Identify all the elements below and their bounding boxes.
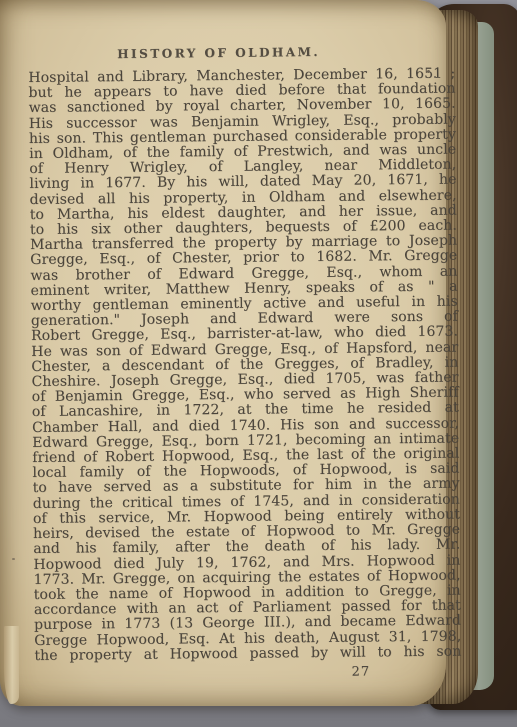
photo-background: HISTORY OF OLDHAM. Hospital and Library,…: [0, 0, 517, 727]
text-line: the property at Hopwood passed by will t…: [34, 644, 461, 664]
body-text: Hospital and Library, Manchester, Decemb…: [28, 67, 461, 664]
paper-speck: [434, 76, 436, 78]
paper-speck: [427, 70, 430, 73]
book-page: HISTORY OF OLDHAM. Hospital and Library,…: [0, 0, 446, 706]
paper-speck: [12, 558, 15, 560]
page-number: 27: [352, 664, 371, 679]
page-corner-curl: [4, 626, 19, 704]
page-text-block: HISTORY OF OLDHAM. Hospital and Library,…: [28, 40, 461, 664]
running-header: HISTORY OF OLDHAM.: [28, 44, 409, 62]
